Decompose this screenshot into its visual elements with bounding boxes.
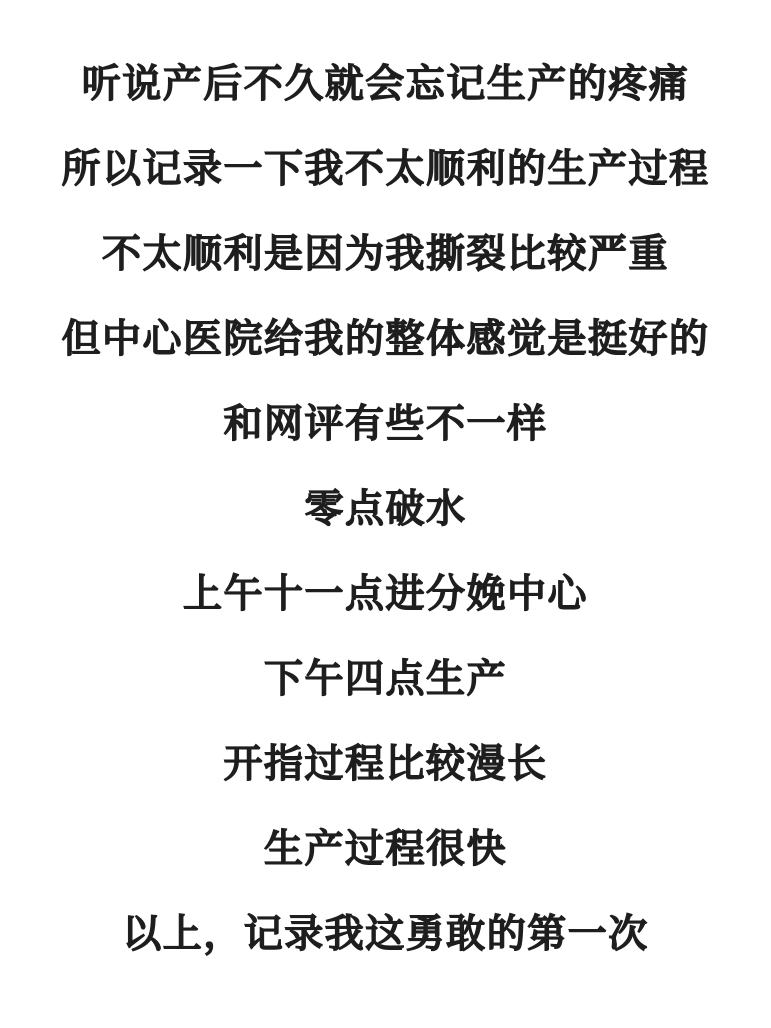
text-line-7: 上午十一点进分娩中心 bbox=[0, 552, 771, 637]
text-line-11: 以上，记录我这勇敢的第一次 bbox=[0, 892, 771, 977]
text-line-8: 下午四点生产 bbox=[0, 637, 771, 722]
text-line-1: 听说产后不久就会忘记生产的疼痛 bbox=[0, 42, 771, 127]
text-line-2: 所以记录一下我不太顺利的生产过程 bbox=[0, 127, 771, 212]
text-line-10: 生产过程很快 bbox=[0, 807, 771, 892]
text-line-9: 开指过程比较漫长 bbox=[0, 722, 771, 807]
text-line-5: 和网评有些不一样 bbox=[0, 382, 771, 467]
text-card: 听说产后不久就会忘记生产的疼痛 所以记录一下我不太顺利的生产过程 不太顺利是因为… bbox=[0, 0, 771, 1028]
text-line-3: 不太顺利是因为我撕裂比较严重 bbox=[0, 212, 771, 297]
text-line-4: 但中心医院给我的整体感觉是挺好的 bbox=[0, 297, 771, 382]
text-line-6: 零点破水 bbox=[0, 467, 771, 552]
